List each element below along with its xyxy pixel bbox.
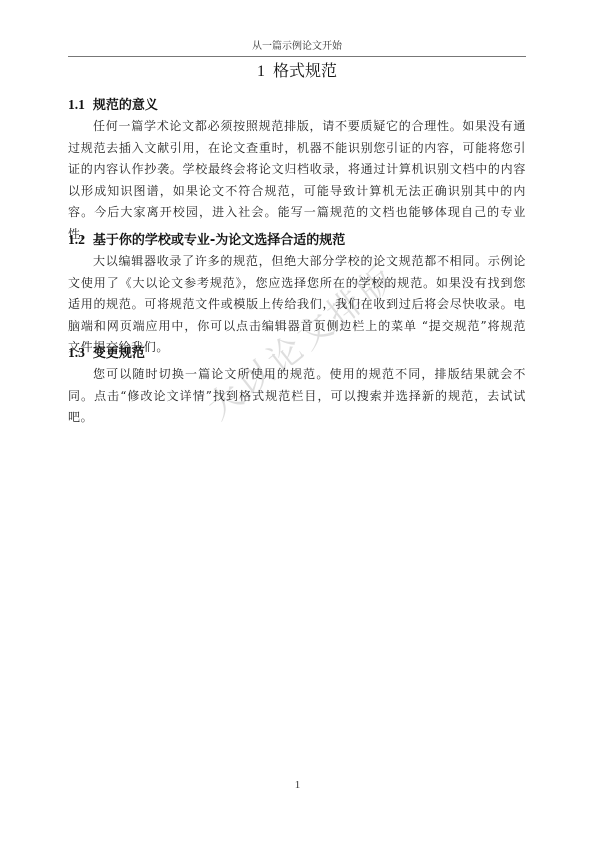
section-heading: 1.2基于你的学校或专业-为论文选择合适的规范 [68,230,526,251]
section-number: 1.3 [68,345,85,360]
section-number: 1.1 [68,97,85,112]
page-number: 1 [0,779,595,791]
header-rule [68,56,526,57]
section-number: 1.2 [68,232,85,247]
section-paragraph: 您可以随时切换一篇论文所使用的规范。使用的规范不同，排版结果就会不同。点击“修改… [68,364,526,429]
section-1-1: 1.1规范的意义 任何一篇学术论文都必须按照规范排版，请不要质疑它的合理性。如果… [68,95,526,245]
chapter-number: 1 [257,63,265,80]
section-title: 变更规范 [93,346,145,361]
document-page: 从一篇示例论文开始 1格式规范 1.1规范的意义 任何一篇学术论文都必须按照规范… [0,0,595,842]
chapter-title-text: 格式规范 [273,61,337,80]
section-title: 规范的意义 [93,98,158,113]
chapter-title: 1格式规范 [68,60,526,83]
section-heading: 1.1规范的意义 [68,95,526,116]
section-title: 基于你的学校或专业-为论文选择合适的规范 [93,233,345,248]
running-header: 从一篇示例论文开始 [68,40,526,54]
section-paragraph: 任何一篇学术论文都必须按照规范排版，请不要质疑它的合理性。如果没有通过规范去插入… [68,116,526,245]
